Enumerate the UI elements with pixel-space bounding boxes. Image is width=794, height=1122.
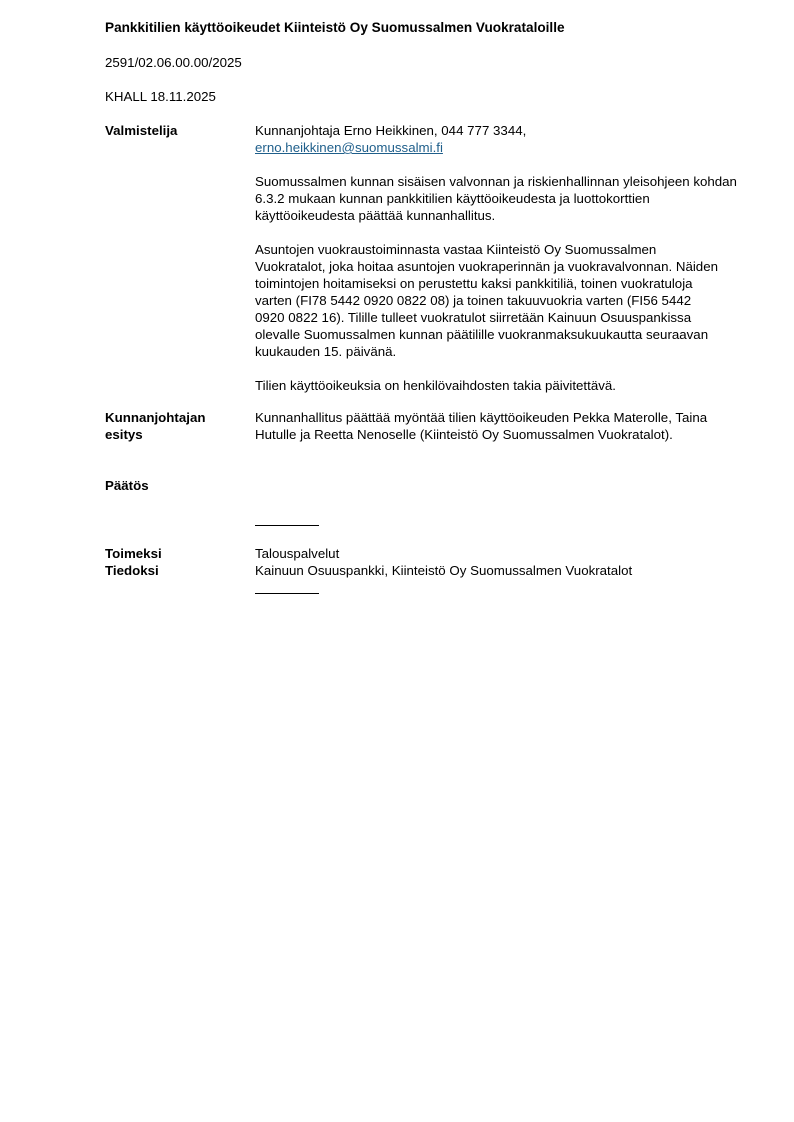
separator-line-1 — [255, 525, 319, 526]
action-label: Toimeksi — [105, 545, 162, 562]
info-value: Kainuun Osuuspankki, Kiinteistö Oy Suomu… — [255, 562, 632, 579]
proposal-label-line1: Kunnanjohtajan — [105, 409, 205, 426]
preparer-paragraph-3: Tilien käyttöoikeuksia on henkilövaihdos… — [255, 377, 745, 394]
preparer-content: Kunnanjohtaja Erno Heikkinen, 044 777 33… — [255, 122, 745, 394]
preparer-paragraph-1: Suomussalmen kunnan sisäisen valvonnan j… — [255, 173, 737, 224]
action-value: Talouspalvelut — [255, 545, 339, 562]
preparer-email-link[interactable]: erno.heikkinen@suomussalmi.fi — [255, 140, 443, 155]
preparer-paragraph-2: Asuntojen vuokraustoiminnasta vastaa Kii… — [255, 241, 720, 360]
preparer-contact: Kunnanjohtaja Erno Heikkinen, 044 777 33… — [255, 122, 745, 139]
proposal-label: Kunnanjohtajan esitys — [105, 409, 205, 443]
meeting-info: KHALL 18.11.2025 — [105, 88, 216, 105]
proposal-label-line2: esitys — [105, 426, 205, 443]
decision-label: Päätös — [105, 477, 149, 494]
proposal-text: Kunnanhallitus päättää myöntää tilien kä… — [255, 409, 725, 443]
case-number: 2591/02.06.00.00/2025 — [105, 54, 242, 71]
info-label: Tiedoksi — [105, 562, 159, 579]
document-title: Pankkitilien käyttöoikeudet Kiinteistö O… — [105, 19, 565, 36]
separator-line-2 — [255, 593, 319, 594]
preparer-label: Valmistelija — [105, 122, 177, 139]
